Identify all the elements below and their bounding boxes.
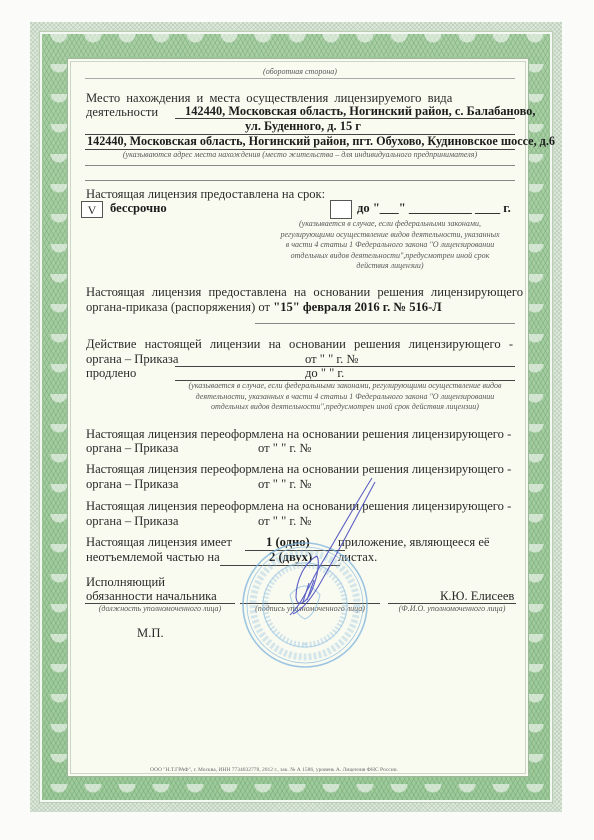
address1-line2: ул. Буденного, д. 15 г <box>245 119 361 134</box>
address2: 142440, Московская область, Ногинский ра… <box>87 134 555 149</box>
basis-line2: органа-приказа (распоряжения) от "15" фе… <box>86 300 442 315</box>
appendix-line2-suffix: листах. <box>338 550 377 565</box>
reissue-2-line1: Настоящая лицензия переоформлена на осно… <box>86 462 511 477</box>
appendix-line1-suffix: приложение, являющееся её <box>338 535 490 550</box>
extension-order-value: от " " г. № <box>305 352 358 367</box>
location-label-line2: деятельности <box>86 105 158 120</box>
appendix-line2-label: неотъемлемой частью на <box>86 550 220 565</box>
extension-extended-label: продлено <box>86 366 136 381</box>
extension-note: (указывается в случае, если федеральными… <box>170 381 520 413</box>
position-line1: Исполняющий <box>86 575 165 590</box>
reissue-1-value: от " " г. № <box>258 441 311 456</box>
until-checkbox[interactable] <box>330 200 352 219</box>
reissue-1-label: органа – Приказа <box>86 441 179 456</box>
blank-line-1 <box>85 165 515 166</box>
extension-extended-value: до " " г. <box>305 366 344 381</box>
reissue-3-line1: Настоящая лицензия переоформлена на осно… <box>86 499 511 514</box>
reissue-3-value: от " " г. № <box>258 514 311 529</box>
order-reference: "15" февраля 2016 г. № 516-Л <box>273 300 441 314</box>
name-note: (Ф.И.О. уполномоченного лица) <box>388 604 516 615</box>
appendix-line1-label: Настоящая лицензия имеет <box>86 535 232 550</box>
reissue-2-label: органа – Приказа <box>86 477 179 492</box>
term-label: Настоящая лицензия предоставлена на срок… <box>86 187 325 202</box>
reissue-2-value: от " " г. № <box>258 477 311 492</box>
reissue-3-label: органа – Приказа <box>86 514 179 529</box>
location-note: (указываются адрес места нахождения (мес… <box>85 150 515 161</box>
term-note: (указывается в случае, если федеральными… <box>255 219 525 272</box>
until-label: до "___" __________ ____ г. <box>357 201 511 216</box>
check-mark: V <box>88 203 97 217</box>
appendix-underline2 <box>220 565 340 566</box>
basis-underline <box>255 323 515 324</box>
header-divider <box>85 78 515 79</box>
position-line2: обязанности начальника <box>86 589 217 604</box>
signatory-name: К.Ю. Елисеев <box>440 589 514 604</box>
side-label: (оборотная сторона) <box>200 67 400 78</box>
appendix-count: 1 (одно) <box>266 535 310 550</box>
address1-line1: 142440, Московская область, Ногинский ра… <box>185 104 535 119</box>
unlimited-checkbox[interactable]: V <box>81 201 103 218</box>
appendix-sheets: 2 (двух) <box>269 550 312 565</box>
extension-underline1 <box>175 366 515 367</box>
position-note: (должность уполномоченного лица) <box>85 604 235 615</box>
printer-imprint: ООО "Н.Т.ГРАФ", г. Москва, ИНН 773403277… <box>150 767 398 773</box>
signature-note: (подпись уполномоченного лица) <box>240 604 380 615</box>
seal-label: М.П. <box>137 626 164 641</box>
extension-line1: Действие настоящей лицензии на основании… <box>86 337 513 352</box>
unlimited-label: бессрочно <box>110 201 167 216</box>
blank-line-2 <box>85 180 515 181</box>
extension-order-label: органа – Приказа <box>86 352 179 367</box>
reissue-1-line1: Настоящая лицензия переоформлена на осно… <box>86 427 511 442</box>
basis-line1: Настоящая лицензия предоставлена на осно… <box>86 285 523 300</box>
